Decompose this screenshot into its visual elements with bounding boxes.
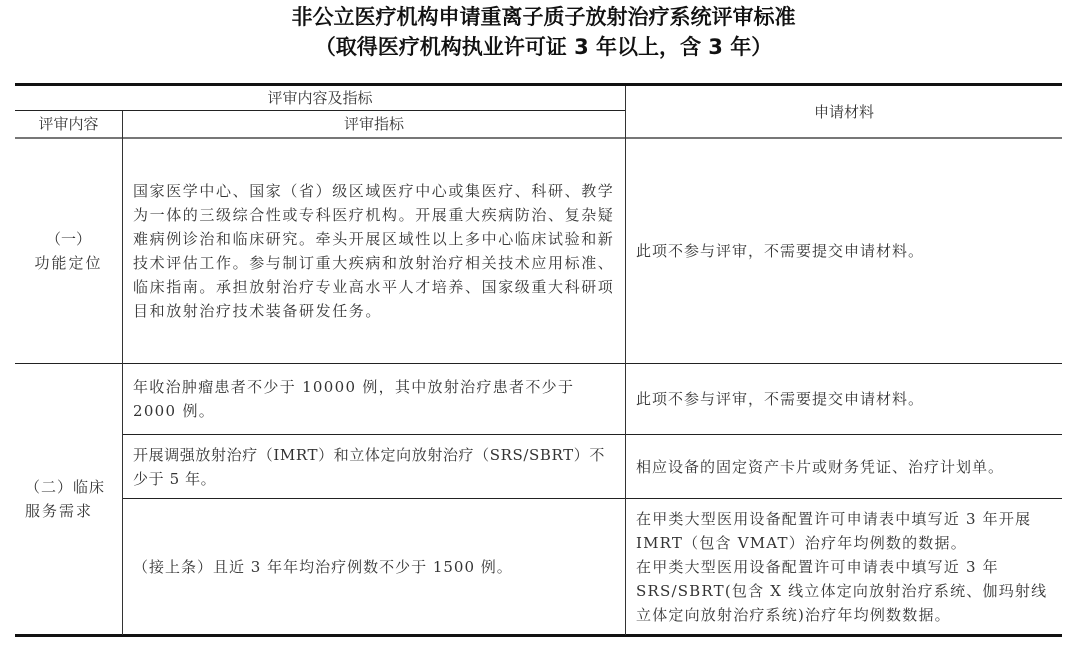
indicator-cell: （接上条）且近 3 年年均治疗例数不少于 1500 例。 [123,499,625,634]
header-materials: 申请材料 [626,86,1062,137]
document-subtitle: （取得医疗机构执业许可证 3 年以上，含 3 年） [0,33,1087,61]
section-label-clinical: （二）临床 服务需求 [15,364,122,634]
materials-cell: 此项不参与评审，不需要提交申请材料。 [626,139,1062,363]
header-indicator: 评审指标 [123,111,625,137]
indicator-cell: 年收治肿瘤患者不少于 10000 例，其中放射治疗患者不少于 2000 例。 [123,364,625,434]
indicator-cell: 国家医学中心、国家（省）级区域医疗中心或集医疗、科研、教学为一体的三级综合性或专… [123,139,625,363]
materials-text: 在甲类大型医用设备配置许可申请表中填写近 3 年开展 IMRT（包含 VMAT）… [626,507,1062,555]
materials-cell: 在甲类大型医用设备配置许可申请表中填写近 3 年开展 IMRT（包含 VMAT）… [626,499,1062,634]
indicator-text: 开展调强放射治疗（IMRT）和立体定向放射治疗（SRS/SBRT）不少于 5 年… [123,443,625,491]
section-label-text: 服务需求 [25,499,93,523]
materials-cell: 此项不参与评审，不需要提交申请材料。 [626,364,1062,434]
indicator-cell: 开展调强放射治疗（IMRT）和立体定向放射治疗（SRS/SBRT）不少于 5 年… [123,435,625,498]
materials-text: 在甲类大型医用设备配置许可申请表中填写近 3 年 SRS/SBRT(包含 X 线… [626,555,1062,627]
section-label-function: （一） 功能定位 [15,139,122,363]
section-label-number: （一） [46,227,91,251]
indicator-text: （接上条）且近 3 年年均治疗例数不少于 1500 例。 [123,555,523,579]
indicator-text: 年收治肿瘤患者不少于 10000 例，其中放射治疗患者不少于 2000 例。 [123,375,625,423]
document-title: 非公立医疗机构申请重离子质子放射治疗系统评审标准 [0,3,1087,31]
section-label-text: 功能定位 [34,251,102,275]
materials-text: 此项不参与评审，不需要提交申请材料。 [626,239,934,263]
section-label-number: （二）临床 [25,475,105,499]
indicator-text: 国家医学中心、国家（省）级区域医疗中心或集医疗、科研、教学为一体的三级综合性或专… [123,179,625,323]
materials-text: 相应设备的固定资产卡片或财务凭证、治疗计划单。 [626,455,1014,479]
materials-text: 此项不参与评审，不需要提交申请材料。 [626,387,934,411]
table-bottom-border [15,634,1062,637]
materials-cell: 相应设备的固定资产卡片或财务凭证、治疗计划单。 [626,435,1062,498]
header-group: 评审内容及指标 [15,86,625,110]
header-content: 评审内容 [15,111,122,137]
